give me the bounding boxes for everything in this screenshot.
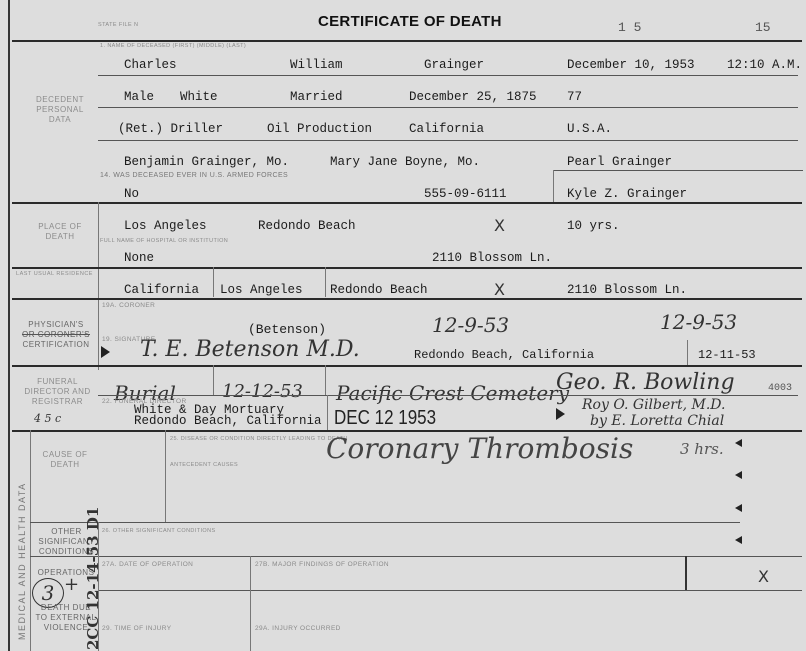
state-file-label: STATE FILE N: [98, 22, 138, 28]
interval: 3 hrs.: [680, 440, 724, 458]
length-of-stay: 10 yrs.: [567, 219, 620, 233]
arrow-marker-4-icon: [735, 536, 742, 544]
hospital: None: [124, 251, 154, 265]
local-registration-number: 1 5: [618, 20, 641, 35]
injury-occurred-label: 29A. INJURY OCCURRED: [255, 625, 341, 632]
physician-signature: T. E. Betenson M.D.: [140, 337, 360, 362]
armed-forces-answer: No: [124, 187, 139, 201]
place-of-death-label: PLACE OF DEATH: [30, 222, 90, 242]
residence-county: Los Angeles: [220, 283, 303, 297]
first-name: Charles: [124, 58, 177, 72]
last-name: Grainger: [424, 58, 484, 72]
birthplace: California: [409, 122, 484, 136]
armed-forces-label: 14. WAS DECEASED EVER IN U.S. ARMED FORC…: [100, 172, 288, 179]
vertical-filing-stamp: 2CC 12-14-53 D1: [84, 507, 102, 650]
funeral-section-label: FUNERAL DIRECTOR AND REGISTRAR: [20, 377, 95, 407]
embalmer-license: 4003: [768, 383, 792, 394]
middle-name: William: [290, 58, 343, 72]
informant: Kyle Z. Grainger: [567, 187, 687, 201]
certificate-title: CERTIFICATE OF DEATH: [318, 13, 502, 30]
hour-of-death: 12:10 A.M.: [727, 58, 802, 72]
arrow-marker-3-icon: [735, 504, 742, 512]
disease-label: 25. DISEASE OR CONDITION DIRECTLY LEADIN…: [170, 436, 348, 442]
cemetery: Pacific Crest Cemetery: [336, 381, 569, 405]
color-or-race: White: [180, 90, 218, 104]
attended-to-date: 12-9-53: [660, 310, 737, 334]
coroner-label: 19A. CORONER: [102, 302, 155, 309]
hospital-label: FULL NAME OF HOSPITAL OR INSTITUTION: [100, 238, 228, 244]
arrow-marker-1-icon: [735, 439, 742, 447]
mother-maiden-name: Mary Jane Boyne, Mo.: [330, 155, 480, 169]
operation-date-label: 27A. DATE OF OPERATION: [102, 561, 193, 568]
father-name: Benjamin Grainger, Mo.: [124, 155, 289, 169]
operation-findings-label: 27B. MAJOR FINDINGS OF OPERATION: [255, 561, 389, 568]
inside-city-limits-x: X: [494, 216, 505, 235]
date-received-stamp: DEC 12 1953: [334, 407, 436, 430]
embalmer-signature: Geo. R. Bowling: [556, 370, 735, 395]
time-of-injury-label: 29. TIME OF INJURY: [102, 625, 171, 632]
registrar-signature-2: by E. Loretta Chial: [590, 413, 724, 429]
citizen-of: U.S.A.: [567, 122, 612, 136]
certification-label: PHYSICIAN'S OR CORONER'S CERTIFICATION: [14, 320, 98, 350]
date-of-birth: December 25, 1875: [409, 90, 537, 104]
death-certificate: STATE FILE N CERTIFICATE OF DEATH 1 5 15…: [0, 0, 806, 651]
medical-health-data-label: MEDICAL AND HEALTH DATA: [17, 482, 27, 640]
other-conditions-field-label: 26. OTHER SIGNIFICANT CONDITIONS: [102, 528, 216, 534]
residence-street-address: 2110 Blossom Ln.: [567, 283, 687, 297]
date-of-death: December 10, 1953: [567, 58, 695, 72]
disposition-date: 12-12-53: [222, 381, 303, 402]
funeral-director-line2: Redondo Beach, California: [134, 414, 322, 428]
attended-from-date: 12-9-53: [432, 313, 509, 337]
registrar-note: 4 5 c: [34, 412, 61, 425]
death-county: Los Angeles: [124, 219, 207, 233]
district-number: 15: [755, 20, 771, 35]
kind-of-business: Oil Production: [267, 122, 372, 136]
usual-occupation: (Ret.) Driller: [118, 122, 223, 136]
arrow-marker-2-icon: [735, 471, 742, 479]
antecedent-label: ANTECEDENT CAUSES: [170, 462, 238, 468]
date-signed: 12-11-53: [698, 348, 756, 362]
registrar-signature-1: Roy O. Gilbert, M.D.: [582, 397, 725, 413]
residence-state: California: [124, 283, 199, 297]
header-divider: [12, 40, 802, 42]
age: 77: [567, 90, 582, 104]
name-field-label: 1. NAME OF DECEASED (FIRST) (MIDDLE) (LA…: [100, 43, 246, 49]
left-border: [8, 0, 10, 651]
death-city: Redondo Beach: [258, 219, 356, 233]
marital-status: Married: [290, 90, 343, 104]
registrar-arrow-icon: [556, 408, 565, 420]
cause-of-death-label: CAUSE OF DEATH: [34, 450, 96, 470]
death-street-address: 2110 Blossom Ln.: [432, 251, 552, 265]
decedent-section-label: DECEDENT PERSONAL DATA: [30, 95, 90, 125]
immediate-cause: Coronary Thrombosis: [326, 432, 633, 465]
sex: Male: [124, 90, 154, 104]
signature-arrow-icon: [101, 346, 110, 358]
usual-residence-label: LAST USUAL RESIDENCE: [12, 271, 97, 278]
physician-name-typed: (Betenson): [248, 322, 326, 337]
plus-mark: +: [64, 574, 79, 595]
social-security-number: 555-09-6111: [424, 187, 507, 201]
residence-inside-city-x: X: [494, 280, 505, 299]
residence-city: Redondo Beach: [330, 283, 428, 297]
spouse-name: Pearl Grainger: [567, 155, 672, 169]
physician-address: Redondo Beach, California: [414, 348, 594, 362]
autopsy-x: X: [758, 567, 769, 586]
